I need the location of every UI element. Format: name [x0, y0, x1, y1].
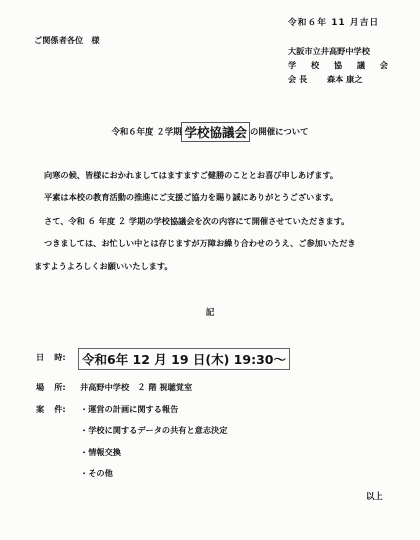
body-line: 平素は本校の教育活動の推進にご支援ご協力を賜り誠にありがとうございます。 — [44, 192, 338, 203]
label-char: 件: — [54, 404, 65, 415]
label-char: 日 — [36, 352, 44, 363]
council-char: 校 — [311, 60, 319, 71]
label-char: 時: — [54, 352, 65, 363]
label-char: 所: — [54, 382, 65, 393]
title-suffix: の開催について — [250, 127, 308, 137]
sender-chair: 会 長 森本 康之 — [288, 74, 388, 85]
place-label: 場所: — [36, 382, 66, 393]
sender-council: 学 校 協 議 会 — [288, 60, 388, 71]
council-char: 学 — [288, 60, 296, 71]
agenda-item: ・運営の計画に関する報告 — [80, 404, 178, 415]
body-line: 向寒の候、皆様におかれましてはますますご健勝のこととお喜び申しあげます。 — [44, 170, 338, 181]
place-value: 井高野中学校 ２ 階 視聴覚室 — [80, 382, 192, 393]
datetime-value: 令和6年 12 月 19 日(木) 19:30～ — [78, 348, 290, 370]
sender-school: 大阪市立井高野中学校 — [288, 46, 388, 57]
chair-name: 森本 康之 — [327, 74, 363, 84]
closing-ijo: 以上 — [366, 490, 383, 502]
agenda-item: ・その他 — [80, 468, 113, 479]
label-char: 場 — [36, 382, 44, 393]
agenda-item: ・情報交換 — [80, 447, 121, 458]
council-char: 会 — [380, 60, 388, 71]
body-line: ますようよろしくお願いいたします。 — [34, 261, 173, 272]
council-char: 議 — [357, 60, 365, 71]
title-emphasis: 学校協議会 — [181, 122, 250, 142]
council-char: 協 — [334, 60, 342, 71]
document-title: 令和６年度 ２学期学校協議会の開催について — [0, 122, 420, 142]
datetime-label: 日時: — [36, 352, 66, 363]
body-line: さて、令和 ６ 年度 ２ 学期の学校協議会を次の内容にて開催させていただきます。 — [44, 216, 349, 227]
title-prefix: 令和６年度 ２学期 — [112, 127, 182, 137]
chair-title: 会 長 — [288, 74, 307, 84]
addressee: ご関係者各位 様 — [34, 35, 100, 46]
agenda-label: 案件: — [36, 404, 66, 415]
agenda-item: ・学校に関するデータの共有と意志決定 — [80, 425, 227, 436]
issue-date: 令和６年 11 月吉日 — [288, 16, 379, 28]
label-char: 案 — [36, 404, 44, 415]
ki-heading: 記 — [0, 306, 420, 318]
body-line: つきましては、お忙しい中とは存じますが万障お繰り合わせのうえ、ご参加いただき — [44, 238, 356, 249]
